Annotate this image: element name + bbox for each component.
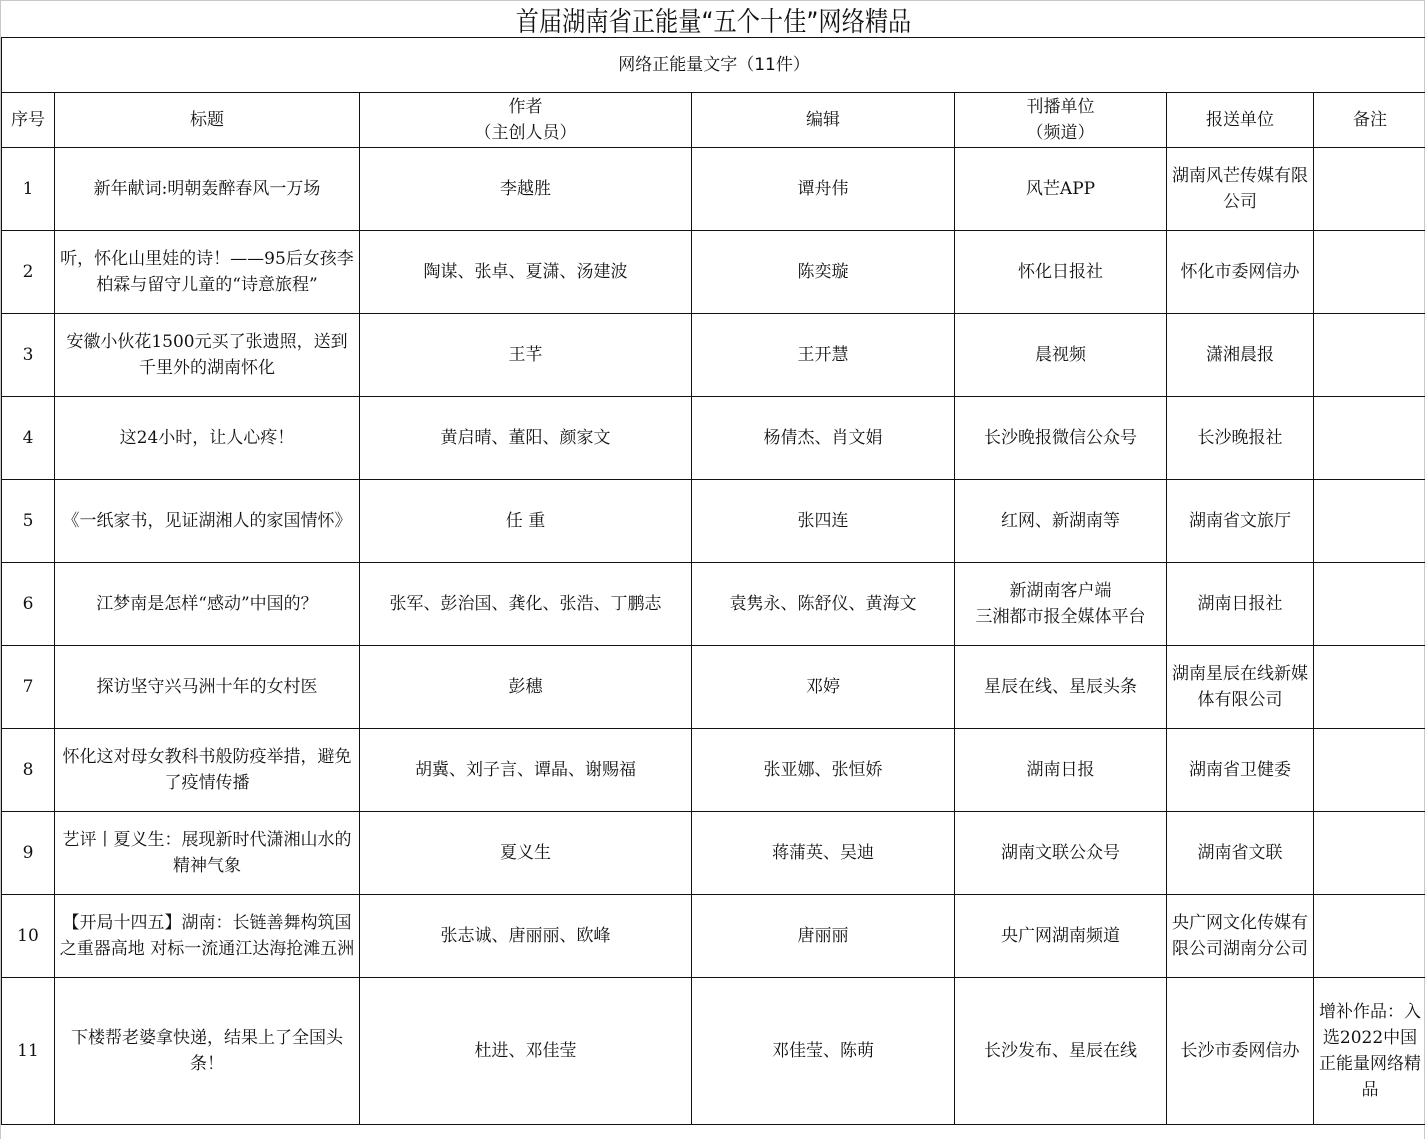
cell-index: 11 xyxy=(2,978,55,1125)
cell-index: 9 xyxy=(2,812,55,895)
column-header-editor: 编辑 xyxy=(692,93,955,148)
cell-title: 新年献词:明朝轰醉春风一万场 xyxy=(55,148,360,231)
cell-note xyxy=(1314,563,1425,646)
cell-index: 8 xyxy=(2,729,55,812)
cell-author: 王芊 xyxy=(360,314,692,397)
cell-author: 任 重 xyxy=(360,480,692,563)
table-row: 7 探访坚守兴马洲十年的女村医 彭穗 邓婷 星辰在线、星辰头条 湖南星辰在线新媒… xyxy=(2,646,1425,729)
table-row: 1 新年献词:明朝轰醉春风一万场 李越胜 谭舟伟 风芒APP 湖南风芒传媒有限公… xyxy=(2,148,1425,231)
table-row: 10 【开局十四五】湖南：长链善舞构筑国之重器高地 对标一流通江达海抢滩五洲 张… xyxy=(2,895,1425,978)
column-header-label: 编辑 xyxy=(806,110,840,130)
cell-editor: 唐丽丽 xyxy=(692,895,955,978)
cell-author: 张军、彭治国、龚化、张浩、丁鹏志 xyxy=(360,563,692,646)
cell-author: 杜进、邓佳莹 xyxy=(360,978,692,1125)
cell-channel: 星辰在线、星辰头条 xyxy=(955,646,1167,729)
cell-channel: 央广网湖南频道 xyxy=(955,895,1167,978)
cell-note xyxy=(1314,895,1425,978)
cell-index: 6 xyxy=(2,563,55,646)
section-title: 网络正能量文字（11件） xyxy=(2,38,1425,93)
cell-channel: 长沙发布、星辰在线 xyxy=(955,978,1167,1125)
column-header-label: 报送单位 xyxy=(1206,110,1274,130)
cell-note xyxy=(1314,812,1425,895)
section-header-row: 网络正能量文字（11件） xyxy=(2,38,1425,93)
channel-line: 新湖南客户端 xyxy=(959,578,1162,604)
cell-submitter: 怀化市委网信办 xyxy=(1167,231,1314,314)
cell-note xyxy=(1314,148,1425,231)
cell-editor: 邓佳莹、陈萌 xyxy=(692,978,955,1125)
table-row: 11 下楼帮老婆拿快递，结果上了全国头条！ 杜进、邓佳莹 邓佳莹、陈萌 长沙发布… xyxy=(2,978,1425,1125)
cell-author: 黄启晴、董阳、颜家文 xyxy=(360,397,692,480)
table-row: 9 艺评丨夏义生：展现新时代潇湘山水的精神气象 夏义生 蒋蒲英、吴迪 湖南文联公… xyxy=(2,812,1425,895)
cell-channel: 长沙晚报微信公众号 xyxy=(955,397,1167,480)
table-row: 3 安徽小伙花1500元买了张遗照，送到千里外的湖南怀化 王芊 王开慧 晨视频 … xyxy=(2,314,1425,397)
cell-channel: 湖南日报 xyxy=(955,729,1167,812)
table-row: 5 《一纸家书，见证湖湘人的家国情怀》 任 重 张四连 红网、新湖南等 湖南省文… xyxy=(2,480,1425,563)
column-header-label: 序号 xyxy=(11,110,45,130)
cell-submitter: 央广网文化传媒有限公司湖南分公司 xyxy=(1167,895,1314,978)
cell-channel: 晨视频 xyxy=(955,314,1167,397)
column-header-channel: 刊播单位 （频道） xyxy=(955,93,1167,148)
cell-editor: 杨倩杰、肖文娟 xyxy=(692,397,955,480)
cell-index: 3 xyxy=(2,314,55,397)
column-header-sublabel: （主创人员） xyxy=(364,120,687,146)
cell-channel: 湖南文联公众号 xyxy=(955,812,1167,895)
table-row: 2 听，怀化山里娃的诗！——95后女孩李柏霖与留守儿童的“诗意旅程” 陶谋、张卓… xyxy=(2,231,1425,314)
column-header-title: 标题 xyxy=(55,93,360,148)
cell-note xyxy=(1314,729,1425,812)
cell-submitter: 潇湘晨报 xyxy=(1167,314,1314,397)
cell-title: 这24小时，让人心疼！ xyxy=(55,397,360,480)
cell-channel: 怀化日报社 xyxy=(955,231,1167,314)
cell-index: 2 xyxy=(2,231,55,314)
cell-submitter: 湖南省文旅厅 xyxy=(1167,480,1314,563)
cell-title: 探访坚守兴马洲十年的女村医 xyxy=(55,646,360,729)
cell-editor: 张四连 xyxy=(692,480,955,563)
cell-title: 安徽小伙花1500元买了张遗照，送到千里外的湖南怀化 xyxy=(55,314,360,397)
cell-index: 5 xyxy=(2,480,55,563)
cell-submitter: 湖南省文联 xyxy=(1167,812,1314,895)
cell-index: 1 xyxy=(2,148,55,231)
cell-channel: 风芒APP xyxy=(955,148,1167,231)
cell-index: 4 xyxy=(2,397,55,480)
cell-note xyxy=(1314,314,1425,397)
cell-author: 夏义生 xyxy=(360,812,692,895)
spreadsheet-page: 首届湖南省正能量“五个十佳”网络精品 网络正能量文字（11件） 序号 标题 作者… xyxy=(0,0,1425,1139)
cell-title: 《一纸家书，见证湖湘人的家国情怀》 xyxy=(55,480,360,563)
cell-note xyxy=(1314,231,1425,314)
cell-editor: 王开慧 xyxy=(692,314,955,397)
cell-channel: 新湖南客户端 三湘都市报全媒体平台 xyxy=(955,563,1167,646)
cell-author: 张志诚、唐丽丽、欧峰 xyxy=(360,895,692,978)
cell-author: 彭穗 xyxy=(360,646,692,729)
cell-title: 江梦南是怎样“感动”中国的？ xyxy=(55,563,360,646)
cell-index: 10 xyxy=(2,895,55,978)
column-header-label: 标题 xyxy=(190,110,224,130)
column-header-sublabel: （频道） xyxy=(959,120,1162,146)
column-header-label: 作者 xyxy=(364,94,687,120)
column-header-label: 备注 xyxy=(1353,110,1387,130)
cell-author: 胡冀、刘子言、谭晶、谢赐福 xyxy=(360,729,692,812)
cell-note xyxy=(1314,397,1425,480)
cell-submitter: 湖南星辰在线新媒体有限公司 xyxy=(1167,646,1314,729)
cell-title: 下楼帮老婆拿快递，结果上了全国头条！ xyxy=(55,978,360,1125)
cell-note xyxy=(1314,646,1425,729)
cell-editor: 张亚娜、张恒娇 xyxy=(692,729,955,812)
cell-editor: 袁隽永、陈舒仪、黄海文 xyxy=(692,563,955,646)
cell-title: 艺评丨夏义生：展现新时代潇湘山水的精神气象 xyxy=(55,812,360,895)
cell-author: 陶谋、张卓、夏潇、汤建波 xyxy=(360,231,692,314)
cell-submitter: 湖南省卫健委 xyxy=(1167,729,1314,812)
cell-note: 增补作品：入选2022中国正能量网络精品 xyxy=(1314,978,1425,1125)
column-header-label: 刊播单位 xyxy=(959,94,1162,120)
cell-submitter: 长沙晚报社 xyxy=(1167,397,1314,480)
cell-submitter: 湖南风芒传媒有限公司 xyxy=(1167,148,1314,231)
table-row: 6 江梦南是怎样“感动”中国的？ 张军、彭治国、龚化、张浩、丁鹏志 袁隽永、陈舒… xyxy=(2,563,1425,646)
cell-editor: 邓婷 xyxy=(692,646,955,729)
cell-author: 李越胜 xyxy=(360,148,692,231)
cell-submitter: 湖南日报社 xyxy=(1167,563,1314,646)
column-header-submitter: 报送单位 xyxy=(1167,93,1314,148)
column-header-note: 备注 xyxy=(1314,93,1425,148)
cell-title: 怀化这对母女教科书般防疫举措，避免了疫情传播 xyxy=(55,729,360,812)
table-row: 4 这24小时，让人心疼！ 黄启晴、董阳、颜家文 杨倩杰、肖文娟 长沙晚报微信公… xyxy=(2,397,1425,480)
cell-editor: 蒋蒲英、吴迪 xyxy=(692,812,955,895)
column-header-index: 序号 xyxy=(2,93,55,148)
cell-note xyxy=(1314,480,1425,563)
cell-index: 7 xyxy=(2,646,55,729)
cell-editor: 陈奕璇 xyxy=(692,231,955,314)
cell-title: 听，怀化山里娃的诗！——95后女孩李柏霖与留守儿童的“诗意旅程” xyxy=(55,231,360,314)
channel-line: 三湘都市报全媒体平台 xyxy=(959,604,1162,630)
cell-title: 【开局十四五】湖南：长链善舞构筑国之重器高地 对标一流通江达海抢滩五洲 xyxy=(55,895,360,978)
table-row: 8 怀化这对母女教科书般防疫举措，避免了疫情传播 胡冀、刘子言、谭晶、谢赐福 张… xyxy=(2,729,1425,812)
cell-editor: 谭舟伟 xyxy=(692,148,955,231)
cell-channel: 红网、新湖南等 xyxy=(955,480,1167,563)
works-table: 网络正能量文字（11件） 序号 标题 作者 （主创人员） 编辑 刊播单位 （频道… xyxy=(1,37,1425,1125)
column-header-author: 作者 （主创人员） xyxy=(360,93,692,148)
cell-submitter: 长沙市委网信办 xyxy=(1167,978,1314,1125)
column-header-row: 序号 标题 作者 （主创人员） 编辑 刊播单位 （频道） 报送单位 备注 xyxy=(2,93,1425,148)
document-title: 首届湖南省正能量“五个十佳”网络精品 xyxy=(101,1,1327,37)
